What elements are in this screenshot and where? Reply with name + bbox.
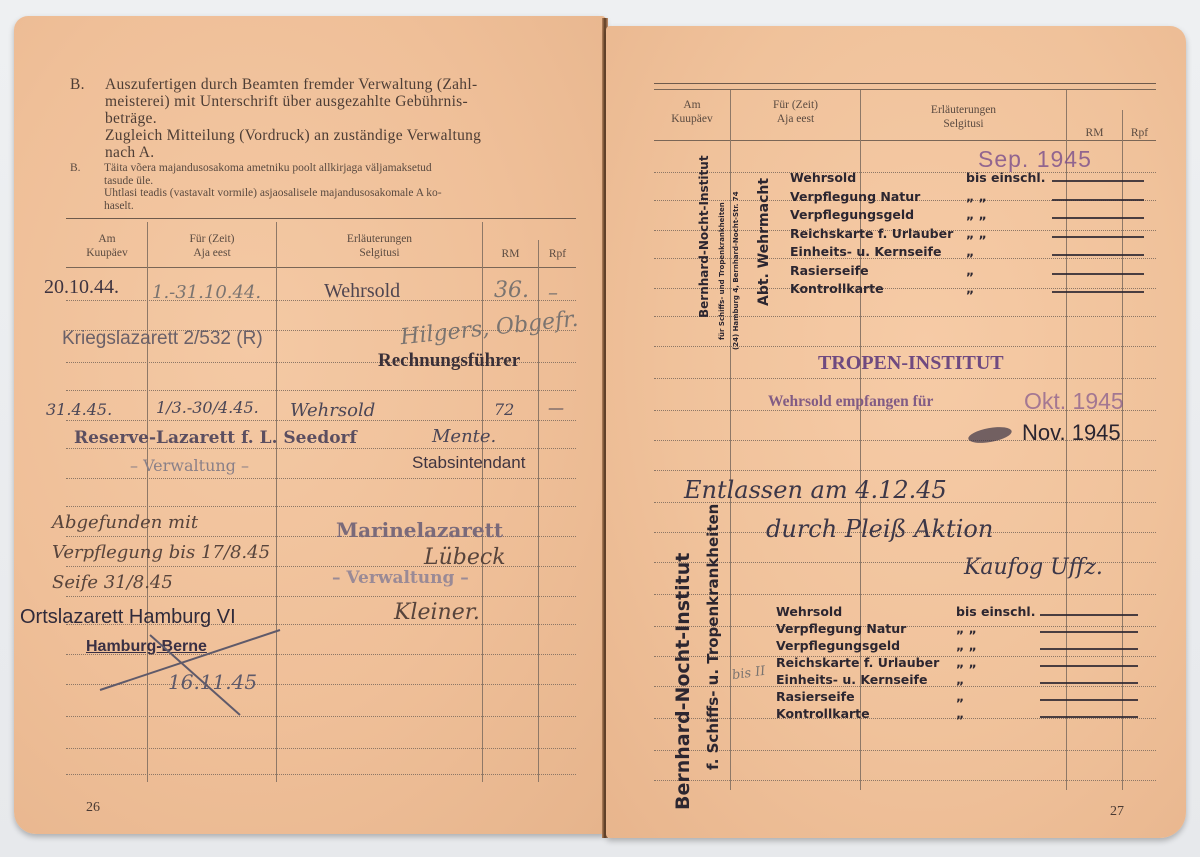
table-top-rule [66, 218, 576, 219]
entry1-date: 20.10.44. [44, 276, 119, 299]
entry2-stamp-line1: Reserve-Lazarett f. L. Seedorf [74, 428, 357, 448]
entry3-marine-stamp-sub: – Verwaltung – [332, 568, 469, 588]
ruled-line [654, 780, 1156, 781]
ruled-line [66, 478, 576, 479]
instructions-de: Auszufertigen durch Beamten fremder Verw… [105, 76, 575, 161]
instructions-et: Täita võera majandusosakoma ametniku poo… [104, 162, 576, 212]
form-row-blank [1052, 199, 1144, 201]
header-rpf: Rpf [539, 247, 576, 261]
form-row-label: Verpflegung Natur [790, 189, 920, 204]
form-row-label: Einheits- u. Kernseife [790, 244, 941, 259]
sep-date-stamp: Sep. 1945 [978, 146, 1092, 173]
vstamp-top-line2: für Schiffs- und Tropenkrankheiten [718, 202, 726, 340]
form-row-label: Rasierseife [790, 263, 869, 278]
header-rm: RM [1067, 126, 1122, 140]
entry1-rpf: – [548, 280, 558, 304]
form-row-label: Wehrsold [790, 170, 856, 185]
entry2-date: 31.4.45. [46, 400, 112, 419]
entry2-role: Stabsintendant [412, 453, 525, 473]
form-row-suffix: „ „ [966, 226, 987, 241]
form-row-blank [1052, 291, 1144, 293]
col-divider [1122, 110, 1123, 790]
page-number-left: 26 [86, 800, 100, 816]
vstamp-top-line4: Abt. Wehrmacht [756, 178, 772, 306]
entry3-signature: Kleiner. [394, 600, 480, 625]
ruled-line [654, 470, 1156, 471]
form-row-label: Rasierseife [776, 689, 855, 704]
form-row-blank [1040, 614, 1138, 616]
table-header-rule [66, 267, 576, 268]
form-row-label: Wehrsold [776, 604, 842, 619]
form-row-blank [1052, 273, 1144, 275]
tropen-month-nov: Nov. 1945 [1022, 420, 1121, 446]
form-row-suffix: „ [956, 672, 964, 687]
form-row-blank [1040, 716, 1138, 718]
form-row-blank [1052, 254, 1144, 256]
entry1-role: Rechnungsführer [378, 350, 520, 372]
tropen-month-okt: Okt. 1945 [1024, 388, 1124, 415]
ruled-line [66, 506, 576, 507]
entry3-note-line3: Seife 31/8.45 [52, 572, 173, 593]
form-row-suffix: „ „ [966, 207, 987, 222]
tropen-stamp-title: TROPEN-INSTITUT [818, 352, 1004, 375]
page-number-right: 27 [1110, 804, 1124, 820]
header-rm: RM [483, 247, 538, 261]
form-row-label: Reichskarte f. Urlauber [776, 655, 939, 670]
ruled-line [66, 390, 576, 391]
entry3-signature-place: Lübeck [424, 545, 506, 570]
form-row-blank [1040, 648, 1138, 650]
form-row-label: Kontrollkarte [790, 281, 884, 296]
form-row-blank [1040, 682, 1138, 684]
form-row-blank [1052, 217, 1144, 219]
form-row-label: Einheits- u. Kernseife [776, 672, 927, 687]
form-row-label: Kontrollkarte [776, 706, 870, 721]
form-row-suffix: „ [966, 263, 974, 278]
cross-out-mark [90, 620, 310, 720]
form-row-suffix: „ [956, 706, 964, 721]
form-row-label: Verpflegungsgeld [790, 207, 914, 222]
ruled-line [654, 288, 1156, 289]
form-row-suffix: „ „ [966, 189, 987, 204]
entry1-rm: 36. [494, 278, 529, 303]
form-row-suffix: „ „ [956, 638, 977, 653]
entry3-marine-stamp: Marinelazarett [336, 518, 503, 542]
ruled-line [66, 748, 576, 749]
header-notes: Erläuterungen Selgitusi [277, 232, 482, 260]
form-row-label: Verpflegungsgeld [776, 638, 900, 653]
entry3-note-line1: Abgefunden mit [52, 512, 198, 533]
form-row-suffix: bis einschl. [956, 604, 1035, 619]
entry2-description: Wehrsold [290, 400, 375, 421]
discharge-line1: Entlassen am 4.12.45 [684, 476, 947, 504]
header-date: Am Kuupäev [654, 98, 730, 126]
discharge-line2: durch Pleiß Aktion [766, 515, 993, 543]
discharge-line3: Kaufog Uffz. [964, 555, 1103, 580]
header-date: Am Kuupäev [66, 232, 148, 260]
vstamp-bottom-line2: f. Schiffs- u. Tropenkrankheiten [704, 504, 722, 770]
form-row-blank [1040, 665, 1138, 667]
entry2-rpf: — [548, 398, 564, 417]
ruled-line [66, 448, 576, 449]
ruled-line [654, 316, 1156, 317]
form-row-suffix: „ „ [956, 621, 977, 636]
entry2-rm: 72 [494, 400, 514, 419]
form-row-blank [1052, 180, 1144, 182]
ruled-line [66, 774, 576, 775]
vstamp-top-line3: (24) Hamburg 4, Bernhard-Nocht-Str. 74 [732, 191, 740, 350]
header-notes: Erläuterungen Selgitusi [861, 103, 1066, 131]
entry1-description: Wehrsold [324, 280, 400, 303]
col-divider [482, 222, 483, 782]
ruled-line [654, 346, 1156, 347]
form-row-suffix: „ [966, 281, 974, 296]
tropen-stamp-line: Wehrsold empfangen für [768, 393, 933, 411]
ruled-line [654, 718, 1156, 719]
entry2-stamp-line2: – Verwaltung – [130, 456, 249, 475]
ruled-line [654, 378, 1156, 379]
form-row-suffix: „ „ [956, 655, 977, 670]
ruled-line [66, 596, 576, 597]
header-period: Für (Zeit) Aja eest [148, 232, 276, 260]
form-row-blank [1040, 699, 1138, 701]
ruled-line [654, 594, 1156, 595]
form-row-suffix: „ [966, 244, 974, 259]
form-row-label: Verpflegung Natur [776, 621, 906, 636]
form-row-suffix: „ [956, 689, 964, 704]
header-rpf: Rpf [1123, 126, 1156, 140]
entry2-signature: Mente. [432, 426, 496, 447]
vstamp-top-line1: Bernhard-Nocht-Institut [697, 155, 711, 318]
header-period: Für (Zeit) Aja eest [731, 98, 860, 126]
vstamp-bottom-line1: Bernhard-Nocht-Institut [672, 553, 694, 810]
form-row-label: Reichskarte f. Urlauber [790, 226, 953, 241]
entry2-period: 1/3.-30/4.45. [156, 398, 259, 417]
ruled-line [654, 750, 1156, 751]
instr-de-letter: B. [70, 76, 85, 93]
form-row-blank [1052, 236, 1144, 238]
instr-et-letter: B. [70, 162, 81, 175]
entry3-note-line2: Verpflegung bis 17/8.45 [52, 542, 270, 563]
form-row-blank [1040, 631, 1138, 633]
entry1-period: 1.-31.10.44. [152, 282, 261, 303]
entry1-stamp: Kriegslazarett 2/532 (R) [62, 328, 263, 350]
table-top-rule-double [654, 83, 1156, 84]
